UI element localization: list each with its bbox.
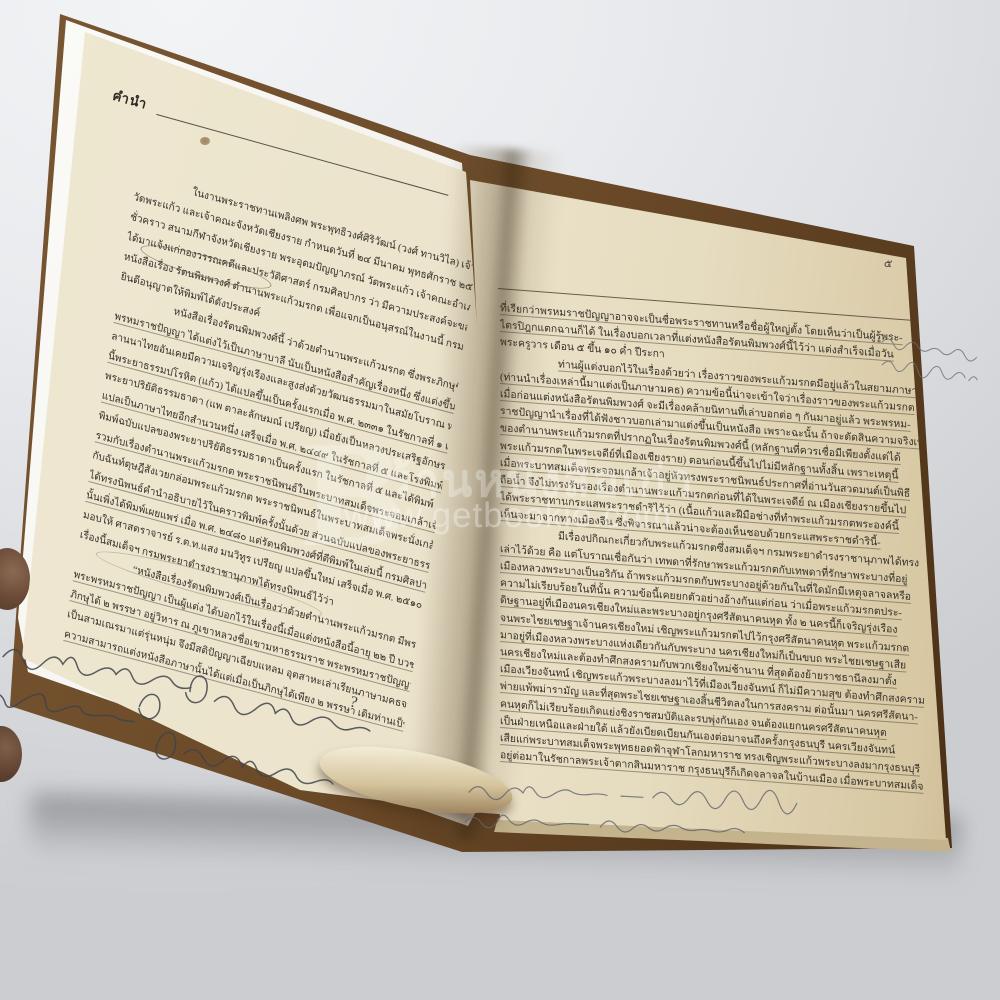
- photo-canvas: คำนำ ในงานพระราชทานเพลิงศพ พระพุทธิวงศ์ศ…: [0, 0, 1000, 1000]
- right-page-text: ที่เรียกว่าพรหมราชปัญญาอาจจะเป็นชื่อพระร…: [500, 300, 924, 796]
- preface-heading: คำนำ: [110, 84, 150, 115]
- page-number: ๕: [883, 254, 893, 273]
- heading-underline-rule: [157, 113, 449, 196]
- left-page-text: ในงานพระราชทานเพลิงศพ พระพุทธิวงศ์ศิริวั…: [62, 168, 478, 736]
- fingertip-lower: [0, 726, 22, 782]
- paper-stain: [200, 137, 210, 145]
